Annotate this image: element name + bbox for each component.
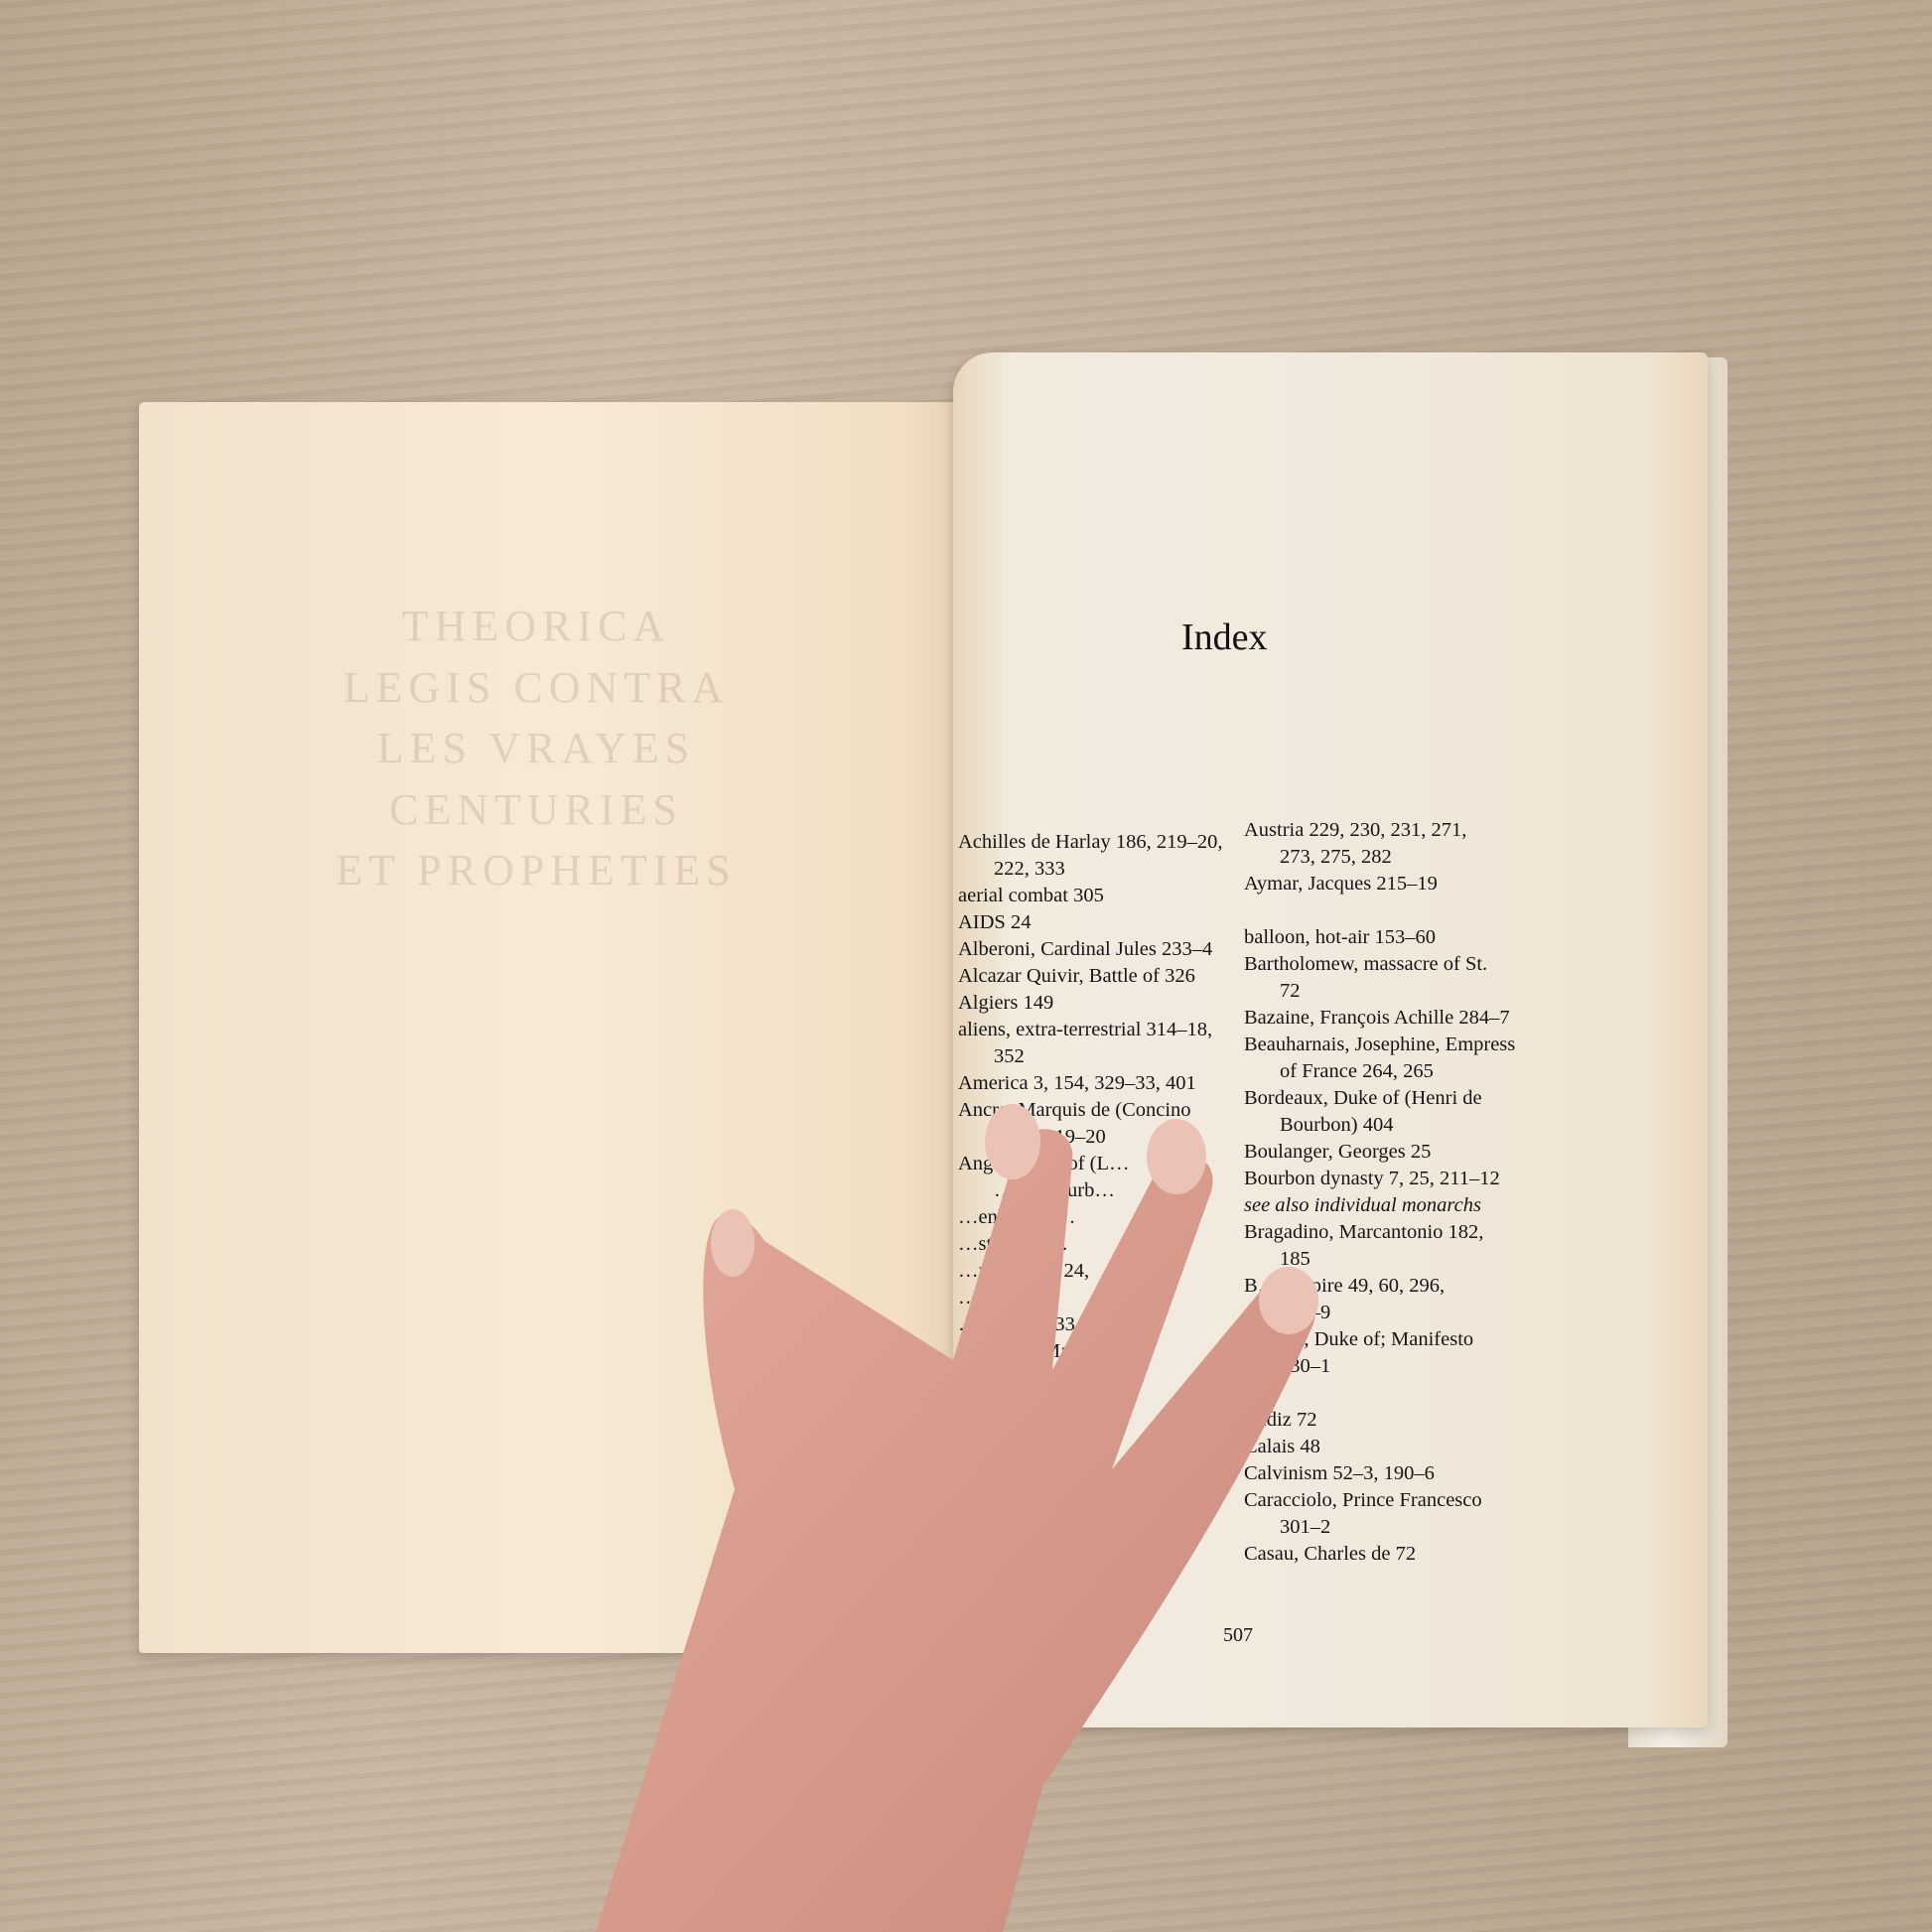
index-entry-continuation: 230–1 [1244,1353,1601,1380]
index-entry-continuation: 273, 275, 282 [1244,844,1601,871]
index-entry-continuation: …2–9 [1244,1300,1601,1326]
index-entry: Beauharnais, Josephine, Empress [1244,1032,1601,1058]
index-entry: Achilles de Harlay 186, 219–20, [958,829,1246,856]
index-entry-continuation: 185 [1244,1246,1601,1273]
page-number: 507 [1223,1624,1253,1647]
index-entry: Boulanger, Georges 25 [1244,1139,1601,1166]
section-gap [1244,1380,1601,1407]
left-page [139,402,968,1653]
index-entry: …ande… Marquis d… [958,1338,1246,1365]
index-entry: …rius, … 333, 335 [958,1311,1246,1338]
index-entry: Cadiz 72 [1244,1407,1601,1434]
index-entry: Bartholomew, massacre of St. [1244,951,1601,978]
index-entry: …en of Gre… [958,1204,1246,1231]
index-entry: Bourbon dynasty 7, 25, 211–12 [1244,1166,1601,1192]
index-entry-continuation: … de Bourb… [958,1177,1246,1204]
index-entry: AIDS 24 [958,909,1246,936]
index-entry: …nergy [958,1446,1246,1472]
index-entry: Ang… Duke of (L… [958,1151,1246,1177]
index-entry: B… Empire 49, 60, 296, [1244,1273,1601,1300]
index-entry: see also individual monarchs [1244,1192,1601,1219]
index-entry: Casau, Charles de 72 [1244,1541,1601,1568]
index-entry: Austria 229, 230, 231, 271, [1244,817,1601,844]
index-entry: America 3, 154, 329–33, 401 [958,1070,1246,1097]
section-gap [1244,897,1601,924]
index-entry: Ancre, Marquis de (Concino [958,1097,1246,1124]
index-entry: Aymar, Jacques 215–19 [1244,871,1601,897]
index-entry: …e ( … –16 [958,1499,1246,1526]
index-heading: Index [1181,616,1268,659]
index-entry-continuation: 352 [958,1043,1246,1070]
index-entry-continuation: 301–2 [1244,1514,1601,1541]
index-entry: balloon, hot-air 153–60 [1244,924,1601,951]
index-entry: …ıst 7, 8 … 24, [958,1258,1246,1285]
index-entry: … Persi… [958,1392,1246,1419]
ghost-line: THEORICA [258,596,814,657]
index-entry-continuation: 72 [1244,978,1601,1005]
index-entry: …o nu… [958,1472,1246,1499]
index-column-1: Achilles de Harlay 186, 219–20,222, 333a… [958,829,1246,1526]
index-entry: …y 276 [958,1419,1246,1446]
ghost-line: LES VRAYES CENTURIES [258,718,814,840]
index-entry: Calvinism 52–3, 190–6 [1244,1460,1601,1487]
ghost-line: ET PROPHETIES [258,840,814,901]
index-entry-continuation: of France 264, 265 [1244,1058,1601,1085]
index-entry: Bordeaux, Duke of (Henri de [1244,1085,1601,1112]
ghost-line: LEGIS CONTRA [258,657,814,719]
index-entry: Bragadino, Marcantonio 182, [1244,1219,1601,1246]
index-entry: Caracciolo, Prince Francesco [1244,1487,1601,1514]
index-entry-continuation: 222, 333 [958,856,1246,883]
index-entry: Algiers 149 [958,990,1246,1017]
index-entry: Alberoni, Cardinal Jules 233–4 [958,936,1246,963]
index-entry: …wick, Duke of; Manifesto [1244,1326,1601,1353]
index-entry-continuation: Bourbon) 404 [1244,1112,1601,1139]
index-entry: Alcazar Quivir, Battle of 326 [958,963,1246,990]
left-page-bleedthrough-text: THEORICA LEGIS CONTRA LES VRAYES CENTURI… [258,596,814,901]
index-column-2: Austria 229, 230, 231, 271,273, 275, 282… [1244,817,1601,1568]
index-entry: aerial combat 305 [958,883,1246,909]
index-entry: aliens, extra-terrestrial 314–18, [958,1017,1246,1043]
index-entry-continuation: C… ) 219–20 [958,1124,1246,1151]
index-entry: Bazaine, François Achille 284–7 [1244,1005,1601,1032]
index-entry: …29, 331… [958,1285,1246,1311]
index-entry: …st 329, 3… [958,1231,1246,1258]
index-entry: Calais 48 [1244,1434,1601,1460]
index-entry: … 325, … [958,1365,1246,1392]
